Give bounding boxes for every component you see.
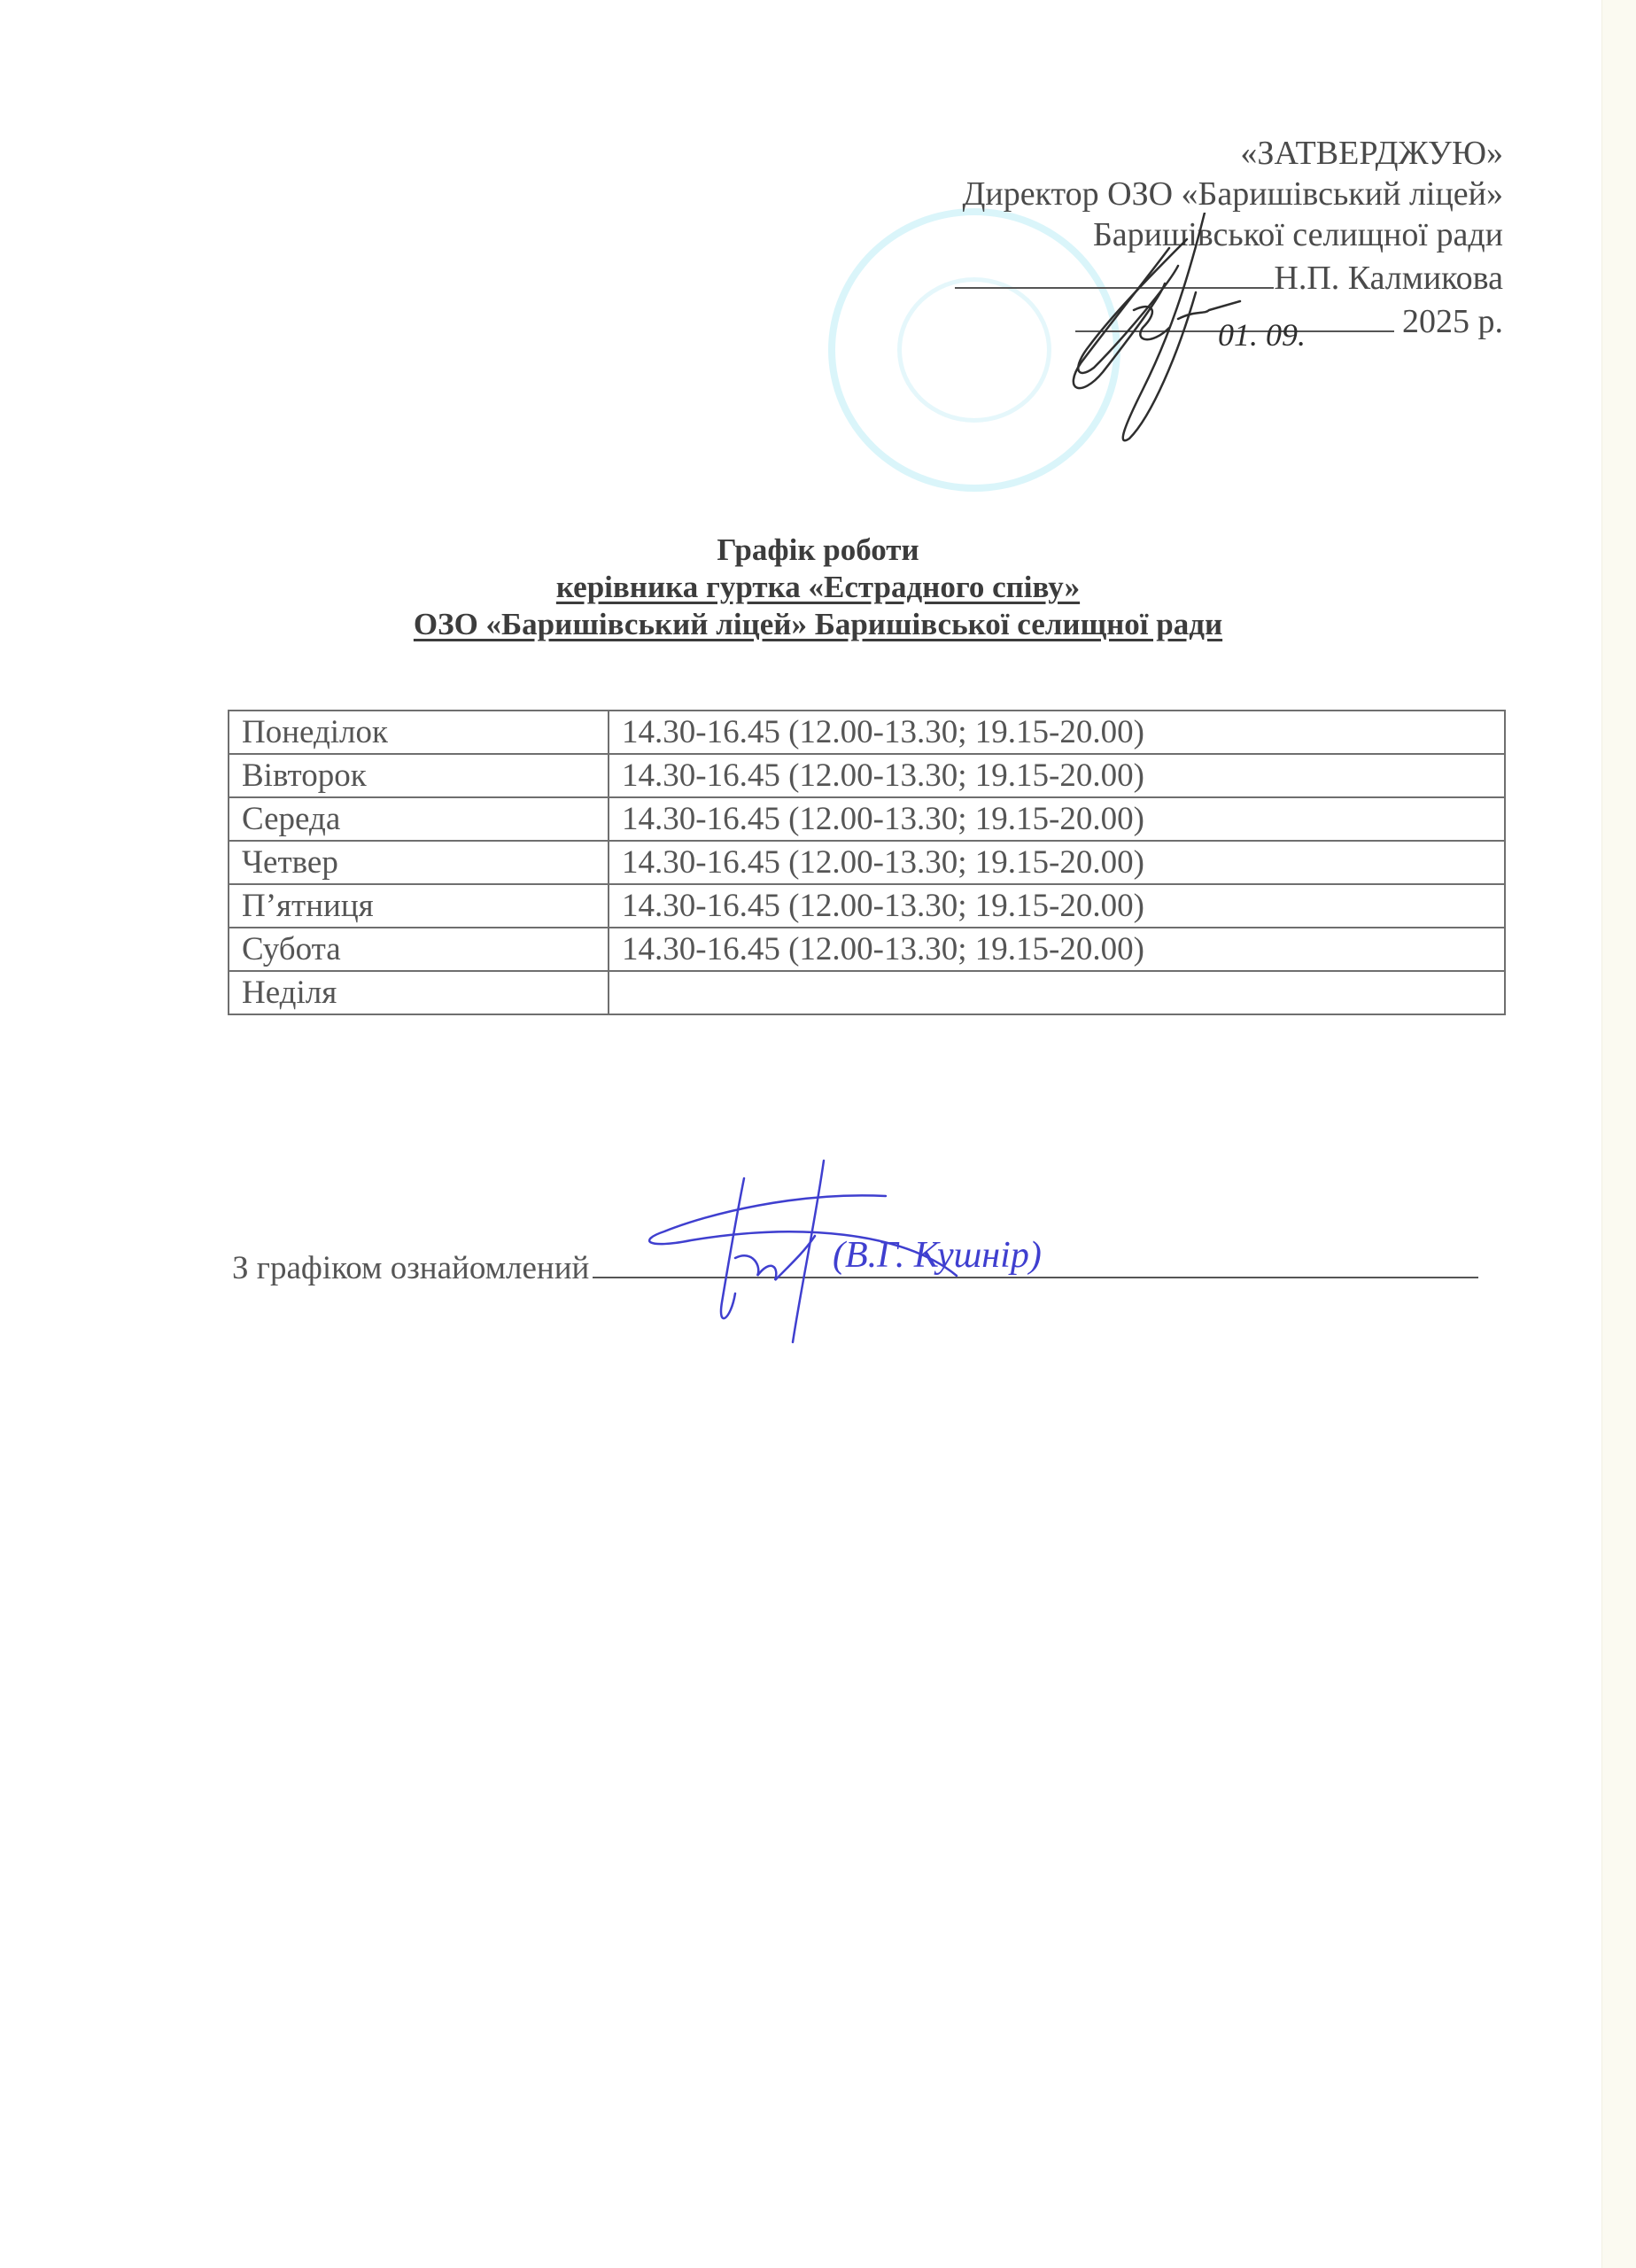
day-cell: П’ятниця <box>229 884 609 928</box>
approval-signatory-line: Н.П. Калмикова <box>706 255 1503 299</box>
signature-blank <box>955 255 1274 289</box>
table-row: Четвер14.30-16.45 (12.00-13.30; 19.15-20… <box>229 841 1505 884</box>
title-line1: Графік роботи <box>0 532 1636 569</box>
day-cell: Неділя <box>229 971 609 1014</box>
acknowledgement-label: З графіком ознайомлений <box>232 1250 589 1286</box>
approval-block: «ЗАТВЕРДЖУЮ» Директор ОЗО «Баришівський … <box>706 133 1503 342</box>
approval-signatory: Н.П. Калмикова <box>1274 260 1503 297</box>
approval-year: 2025 р. <box>1402 303 1503 340</box>
title-line3: ОЗО «Баришівський ліцей» Баришівської се… <box>0 606 1636 643</box>
hours-cell: 14.30-16.45 (12.00-13.30; 19.15-20.00) <box>609 841 1505 884</box>
acknowledgement-line: З графіком ознайомлений <box>232 1249 1478 1287</box>
hours-cell: 14.30-16.45 (12.00-13.30; 19.15-20.00) <box>609 884 1505 928</box>
table-row: Вівторок14.30-16.45 (12.00-13.30; 19.15-… <box>229 754 1505 797</box>
day-cell: Вівторок <box>229 754 609 797</box>
approval-position-line1: Директор ОЗО «Баришівський ліцей» <box>706 174 1503 214</box>
hours-cell <box>609 971 1505 1014</box>
approval-heading: «ЗАТВЕРДЖУЮ» <box>706 133 1503 174</box>
title-line2: керівника гуртка «Естрадного співу» <box>0 569 1636 606</box>
hours-cell: 14.30-16.45 (12.00-13.30; 19.15-20.00) <box>609 928 1505 971</box>
hours-cell: 14.30-16.45 (12.00-13.30; 19.15-20.00) <box>609 711 1505 754</box>
approval-date-line: 2025 р. <box>706 299 1503 342</box>
schedule-table: Понеділок14.30-16.45 (12.00-13.30; 19.15… <box>228 710 1506 1015</box>
day-cell: Середа <box>229 797 609 841</box>
day-cell: Понеділок <box>229 711 609 754</box>
document-title: Графік роботи керівника гуртка «Естрадно… <box>0 532 1636 643</box>
scan-edge-strip <box>1601 0 1636 2268</box>
hours-cell: 14.30-16.45 (12.00-13.30; 19.15-20.00) <box>609 754 1505 797</box>
table-row: Субота14.30-16.45 (12.00-13.30; 19.15-20… <box>229 928 1505 971</box>
table-row: Неділя <box>229 971 1505 1014</box>
acknowledgement-blank <box>593 1250 1478 1278</box>
table-row: П’ятниця14.30-16.45 (12.00-13.30; 19.15-… <box>229 884 1505 928</box>
day-cell: Субота <box>229 928 609 971</box>
approval-position-line2: Баришівської селищної ради <box>706 214 1503 255</box>
hours-cell: 14.30-16.45 (12.00-13.30; 19.15-20.00) <box>609 797 1505 841</box>
table-row: Середа14.30-16.45 (12.00-13.30; 19.15-20… <box>229 797 1505 841</box>
day-cell: Четвер <box>229 841 609 884</box>
table-row: Понеділок14.30-16.45 (12.00-13.30; 19.15… <box>229 711 1505 754</box>
date-blank <box>1075 299 1394 332</box>
